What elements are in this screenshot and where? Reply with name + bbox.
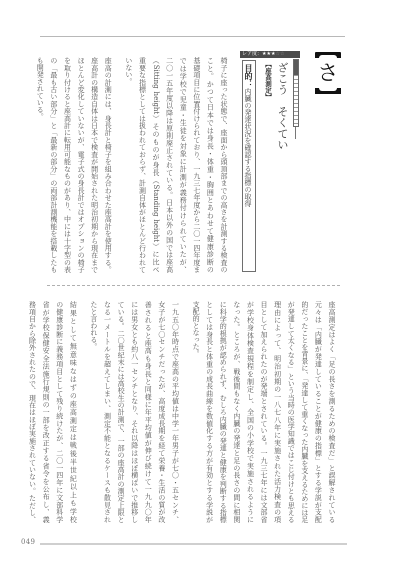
text-column: （Sitting height）そのものが身長（Standing height）… bbox=[148, 57, 162, 273]
text-column: 善されると座高も身長と同様に年平均値が伸び続けて一九九〇年 bbox=[141, 301, 155, 523]
text-column: では学校で児童・生徒を対象に計測が義務付けられていたが、 bbox=[176, 57, 190, 273]
text-column: いない。 bbox=[121, 57, 135, 273]
purpose-text: 内臓の発達状況を確認する指標の取得 bbox=[244, 88, 252, 207]
bracket-open-icon bbox=[315, 52, 341, 58]
index-mark: さ bbox=[314, 52, 342, 94]
text-column: なった。ところが、戦後間もなく内臓の発達と足の長さの間に相関 bbox=[229, 301, 243, 523]
gauge-fill bbox=[294, 60, 298, 75]
text-column: に科学的根拠が認められず、むしろ内臓の発達と健康を判断する指標 bbox=[216, 301, 230, 523]
gauge-icon bbox=[293, 59, 299, 127]
text-column: 元々は「内臓が発達していることが健康の指標」とする学説が支配 bbox=[311, 301, 325, 523]
body-text-top: 椅子に座った状態で、座面から頭頂部までの高さを計測する検査の こと。かつて日本で… bbox=[46, 57, 237, 273]
rarity-strip: レア度：★★★☆☆ bbox=[240, 51, 300, 58]
header-rule bbox=[40, 36, 345, 37]
body-text-bottom: 座高測定はよく「足の長さを測るための検査だ」と誤解されているが、 元々は「内臓が… bbox=[46, 301, 345, 523]
text-column: 椅子に座った状態で、座面から頭頂部までの高さを計測する検査の bbox=[216, 57, 237, 273]
text-column: も開発されている。 bbox=[33, 57, 47, 273]
text-column: たと言われる。 bbox=[86, 301, 100, 523]
text-column: が学校身体検査規程を制定し、全国の小学校で実施されるように bbox=[243, 301, 257, 523]
text-column: 結果として無意味なはずの座高測定は戦後半世紀以上も学校 bbox=[66, 301, 87, 523]
purpose-label: 目的： bbox=[244, 64, 253, 88]
index-kana: さ bbox=[314, 59, 342, 87]
text-column: としては身長と体重の成長曲線を数値化する方が有効とする学説が bbox=[202, 301, 216, 523]
entry-title: 【座高測定】 bbox=[263, 61, 272, 100]
text-column: には男女とも約八一センチとなり、それ以降はほぼ横ばいで推移し bbox=[127, 301, 141, 523]
footer-rule bbox=[40, 543, 347, 545]
entry-reading: ざこう そくてい bbox=[276, 62, 289, 150]
purpose-text-wrap: 目的：内臓の発達状況を確認する指標の取得 bbox=[242, 64, 254, 207]
text-column: の健康診断に義務項目として残り続けたが、二〇一四年に文部科学 bbox=[52, 301, 66, 523]
rarity-stars-empty-icon: ☆☆ bbox=[275, 51, 284, 57]
text-column: 支配的となった。 bbox=[188, 301, 202, 523]
text-column: の「最も古い部分」と「最新の部分」の両部計測機能を搭載したもの bbox=[46, 57, 60, 273]
text-column: 一九五〇年時点で座高の平均値は中学一年男子が七〇・五センチ、 bbox=[168, 301, 189, 523]
bracket-close-icon bbox=[315, 88, 341, 94]
page-number: 049 bbox=[21, 538, 35, 546]
text-column: 女子が七〇センチだったが、高度成長期を経て栄養・生活の質が改 bbox=[154, 301, 168, 523]
text-column: 理由によって、明治初期の一八七八年に実施された活力検査の項 bbox=[270, 301, 284, 523]
text-column: なる一メートルを超えてしまい、測定不能となるケースも散見され bbox=[100, 301, 114, 523]
text-column: 座高計の構造自体は日本で検査が開始された明治初期から現在まで bbox=[87, 57, 101, 273]
gauge-stem bbox=[295, 127, 296, 139]
section-divider bbox=[47, 285, 340, 286]
text-column: 座高測定はよく「足の長さを測るための検査だ」と誤解されているが、 bbox=[324, 301, 345, 523]
text-column: ている。二〇世紀末には高校生の計測で、一部の座高計の測定上限と bbox=[114, 301, 128, 523]
text-column: 務項目から除外されたので、現在はほぼ実施されていない。ただし、 bbox=[25, 301, 39, 523]
purpose-box: 目的：内臓の発達状況を確認する指標の取得 bbox=[242, 60, 256, 272]
rarity-stars-filled-icon: ★★★ bbox=[262, 51, 275, 57]
text-column: を取り付けると座高計に転用可能なものがあり、中には十字型の表 bbox=[60, 57, 74, 273]
text-column: 省が学校保健安全法施行規則の一部を改正する省令を公布し、義 bbox=[39, 301, 53, 523]
text-column: ほとんど変化していないが、電子式の身長計ではオプションの椅子 bbox=[73, 57, 87, 273]
text-column: 基礎項目に位置付けられており、一九三七年度から二〇一四年度ま bbox=[189, 57, 203, 273]
text-column: が発達して太くなる」という当時の医学知識ではこじ付けとも思える bbox=[284, 301, 298, 523]
text-column: 二〇一五年度以降は原則廃止されている。日本以外の国では座高 bbox=[162, 57, 176, 273]
rarity-label: レア度： bbox=[242, 51, 262, 57]
text-column: 重要な指標としては扱われておらず、計測自体がほとんど行われて bbox=[135, 57, 149, 273]
text-column: こと。かつて日本では身長・体重・胸囲とあわせて健康診断の bbox=[203, 57, 217, 273]
text-column: 的だったことを背景に、「発達して重くなった内臓を支えるためには足 bbox=[297, 301, 311, 523]
text-column: 座高の計測には、身長計と椅子を組み合わせた座高計を使用する。 bbox=[101, 57, 122, 273]
text-column: 目として加えられたのが発端とされている。一九三七年には文部省 bbox=[256, 301, 270, 523]
